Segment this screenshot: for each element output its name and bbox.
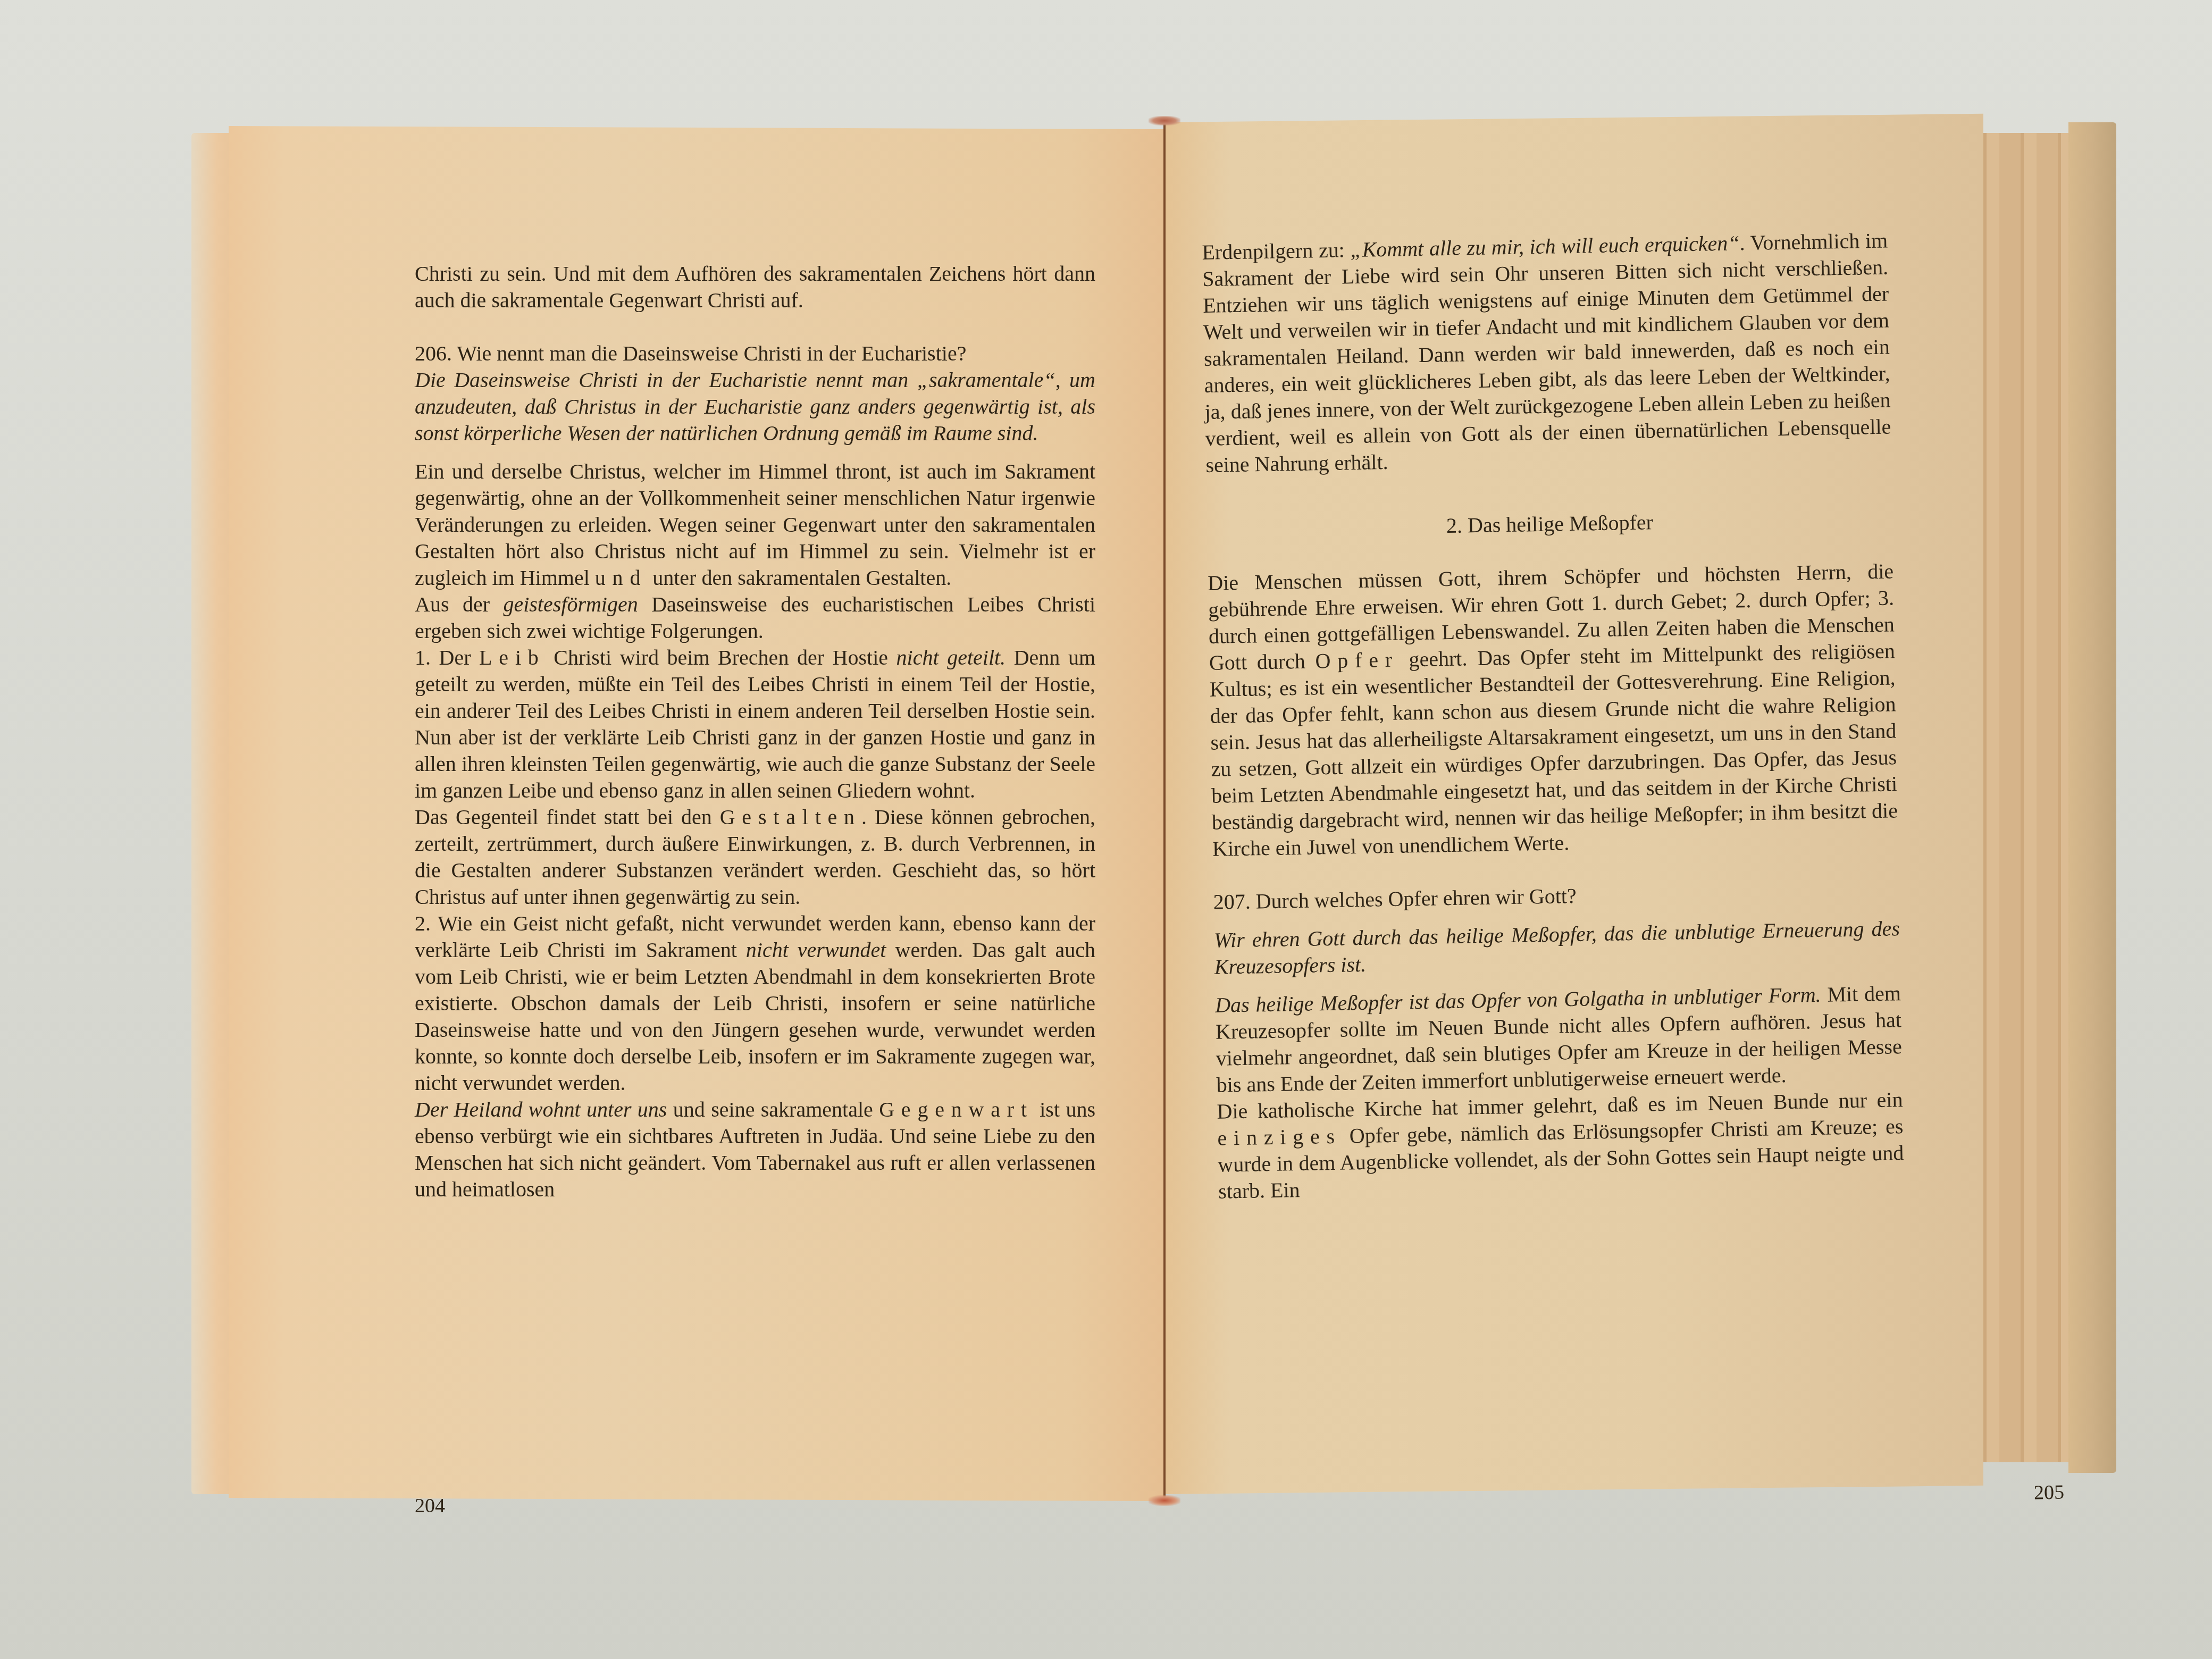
question-number: 206. [415,341,452,365]
question-number: 207. [1213,890,1251,914]
italic-emphasis: nicht geteilt. [896,646,1006,669]
spaced-emphasis: und [595,566,647,590]
continuation-paragraph: Christi zu sein. Und mit dem Aufhören de… [415,261,1095,314]
open-book: Christi zu sein. Und mit dem Aufhören de… [191,122,2116,1515]
paragraph-golgatha: Das heilige Meßopfer ist das Opfer von G… [1215,980,1903,1098]
right-page-text: Erdenpilgern zu: „Kommt alle zu mir, ich… [1202,227,1904,1204]
answer-206: Die Daseinsweise Christi in der Eucharis… [415,367,1095,447]
book-cover-right-edge [2068,122,2116,1473]
headband-bottom [1149,1495,1180,1506]
page-number-left: 204 [415,1494,445,1518]
headband-top [1149,116,1180,125]
continuation-paragraph: Erdenpilgern zu: „Kommt alle zu mir, ich… [1202,227,1892,478]
paragraph-folgerungen: Aus der geistesförmigen Daseinsweise des… [415,591,1095,644]
italic-quote: „Kommt alle zu mir, ich will euch erquic… [1350,231,1740,262]
italic-emphasis: geistesförmigen [503,592,638,616]
point-1: 1. Der Leib Christi wird beim Brechen de… [415,644,1095,804]
point-2: 2. Wie ein Geist nicht gefaßt, nicht ver… [415,910,1095,1096]
spaced-emphasis: Gestalten [720,805,861,829]
paragraph-kirche: Die katholische Kirche hat immer gelehrt… [1217,1086,1904,1204]
book-cover-left-edge [191,133,234,1494]
paragraph-gestalten: Das Gegenteil findet statt bei den Gesta… [415,804,1095,910]
paragraph-christus-himmel: Ein und derselbe Christus, welcher im Hi… [415,458,1095,591]
left-page-text: Christi zu sein. Und mit dem Aufhören de… [415,261,1095,1203]
italic-emphasis: Der Heiland wohnt unter uns [415,1097,667,1121]
page-number-right: 205 [2034,1481,2065,1505]
book-gutter [1163,122,1166,1499]
paragraph-messopfer: Die Menschen müssen Gott, ihrem Schöpfer… [1208,558,1898,862]
italic-emphasis: nicht verwundet [746,938,886,962]
spaced-emphasis: Gegenwart [879,1097,1034,1121]
paragraph-heiland: Der Heiland wohnt unter uns und seine sa… [415,1096,1095,1203]
question-text: Durch welches Opfer ehren wir Gott? [1255,884,1577,914]
question-206: 206. Wie nennt man die Daseinsweise Chri… [415,340,1095,367]
question-text: Wie nennt man die Daseinsweise Christi i… [457,341,966,365]
spaced-emphasis: Opfer [1315,648,1399,673]
spaced-emphasis: einziges [1217,1124,1342,1150]
spaced-emphasis: Leib [479,646,546,669]
